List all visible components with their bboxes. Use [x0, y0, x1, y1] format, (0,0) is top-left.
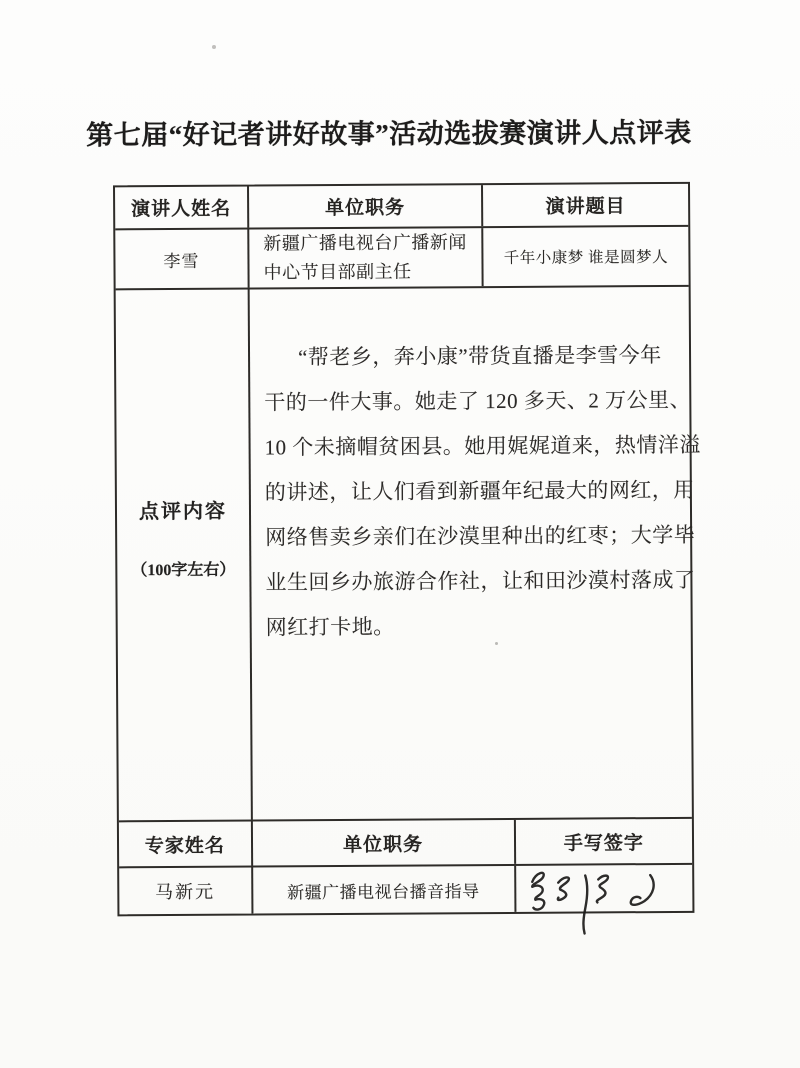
review-paragraph: “帮老乡，奔小康”带货直播是李雪今年 干的一件大事。她走了 120 多天、2 万…	[264, 333, 691, 651]
review-word-limit: （100字左右）	[131, 556, 235, 580]
speaker-topic-cell: 千年小康梦 谁是圆梦人	[483, 227, 688, 286]
header-expert-name: 专家姓名	[119, 822, 253, 867]
header-topic: 演讲题目	[483, 184, 688, 226]
review-line: 10 个未摘帽贫困县。她用娓娓道来，热情洋溢	[264, 423, 689, 471]
review-line: 业生回乡办旅游合作社，让和田沙漠村落成了	[265, 558, 690, 606]
review-line: 网络售卖乡亲们在沙漠里种出的红枣；大学毕	[265, 513, 690, 561]
speaker-name-cell: 李雪	[115, 230, 249, 289]
scan-speck	[495, 642, 498, 645]
review-line: 网红打卡地。	[266, 603, 691, 651]
signature-cell	[516, 865, 693, 912]
expert-position-cell: 新疆广播电视台播音指导	[253, 866, 516, 914]
review-label: 点评内容	[131, 494, 235, 524]
header-unit-position: 单位职务	[249, 185, 483, 227]
handwritten-signature-icon	[522, 867, 672, 940]
expert-row: 马新元 新疆广播电视台播音指导	[119, 865, 692, 914]
header-signature: 手写签字	[515, 819, 692, 864]
speaker-position-cell: 新疆广播电视台广播新闻中心节目部副主任	[249, 228, 483, 287]
review-form-table: 演讲人姓名 单位职务 演讲题目 李雪 新疆广播电视台广播新闻中心节目部副主任 千…	[113, 182, 694, 917]
review-row: 点评内容 （100字左右） “帮老乡，奔小康”带货直播是李雪今年 干的一件大事。…	[116, 287, 692, 822]
review-label-cell: 点评内容 （100字左右）	[116, 290, 253, 821]
review-line: 干的一件大事。她走了 120 多天、2 万公里、	[264, 378, 689, 426]
expert-name-cell: 马新元	[119, 868, 253, 915]
expert-header-row: 专家姓名 单位职务 手写签字	[119, 819, 692, 868]
page-title: 第七届“好记者讲好故事”活动选拔赛演讲人点评表	[0, 110, 789, 152]
table-header-row: 演讲人姓名 单位职务 演讲题目	[115, 184, 688, 230]
review-content-cell: “帮老乡，奔小康”带货直播是李雪今年 干的一件大事。她走了 120 多天、2 万…	[250, 287, 692, 820]
review-line: “帮老乡，奔小康”带货直播是李雪今年	[264, 333, 689, 381]
speaker-row: 李雪 新疆广播电视台广播新闻中心节目部副主任 千年小康梦 谁是圆梦人	[115, 227, 688, 290]
header-expert-unit-position: 单位职务	[252, 820, 515, 866]
review-line: 的讲述，让人们看到新疆年纪最大的网红，用	[265, 468, 690, 516]
header-speaker-name: 演讲人姓名	[115, 187, 249, 229]
scan-speck	[212, 45, 216, 49]
